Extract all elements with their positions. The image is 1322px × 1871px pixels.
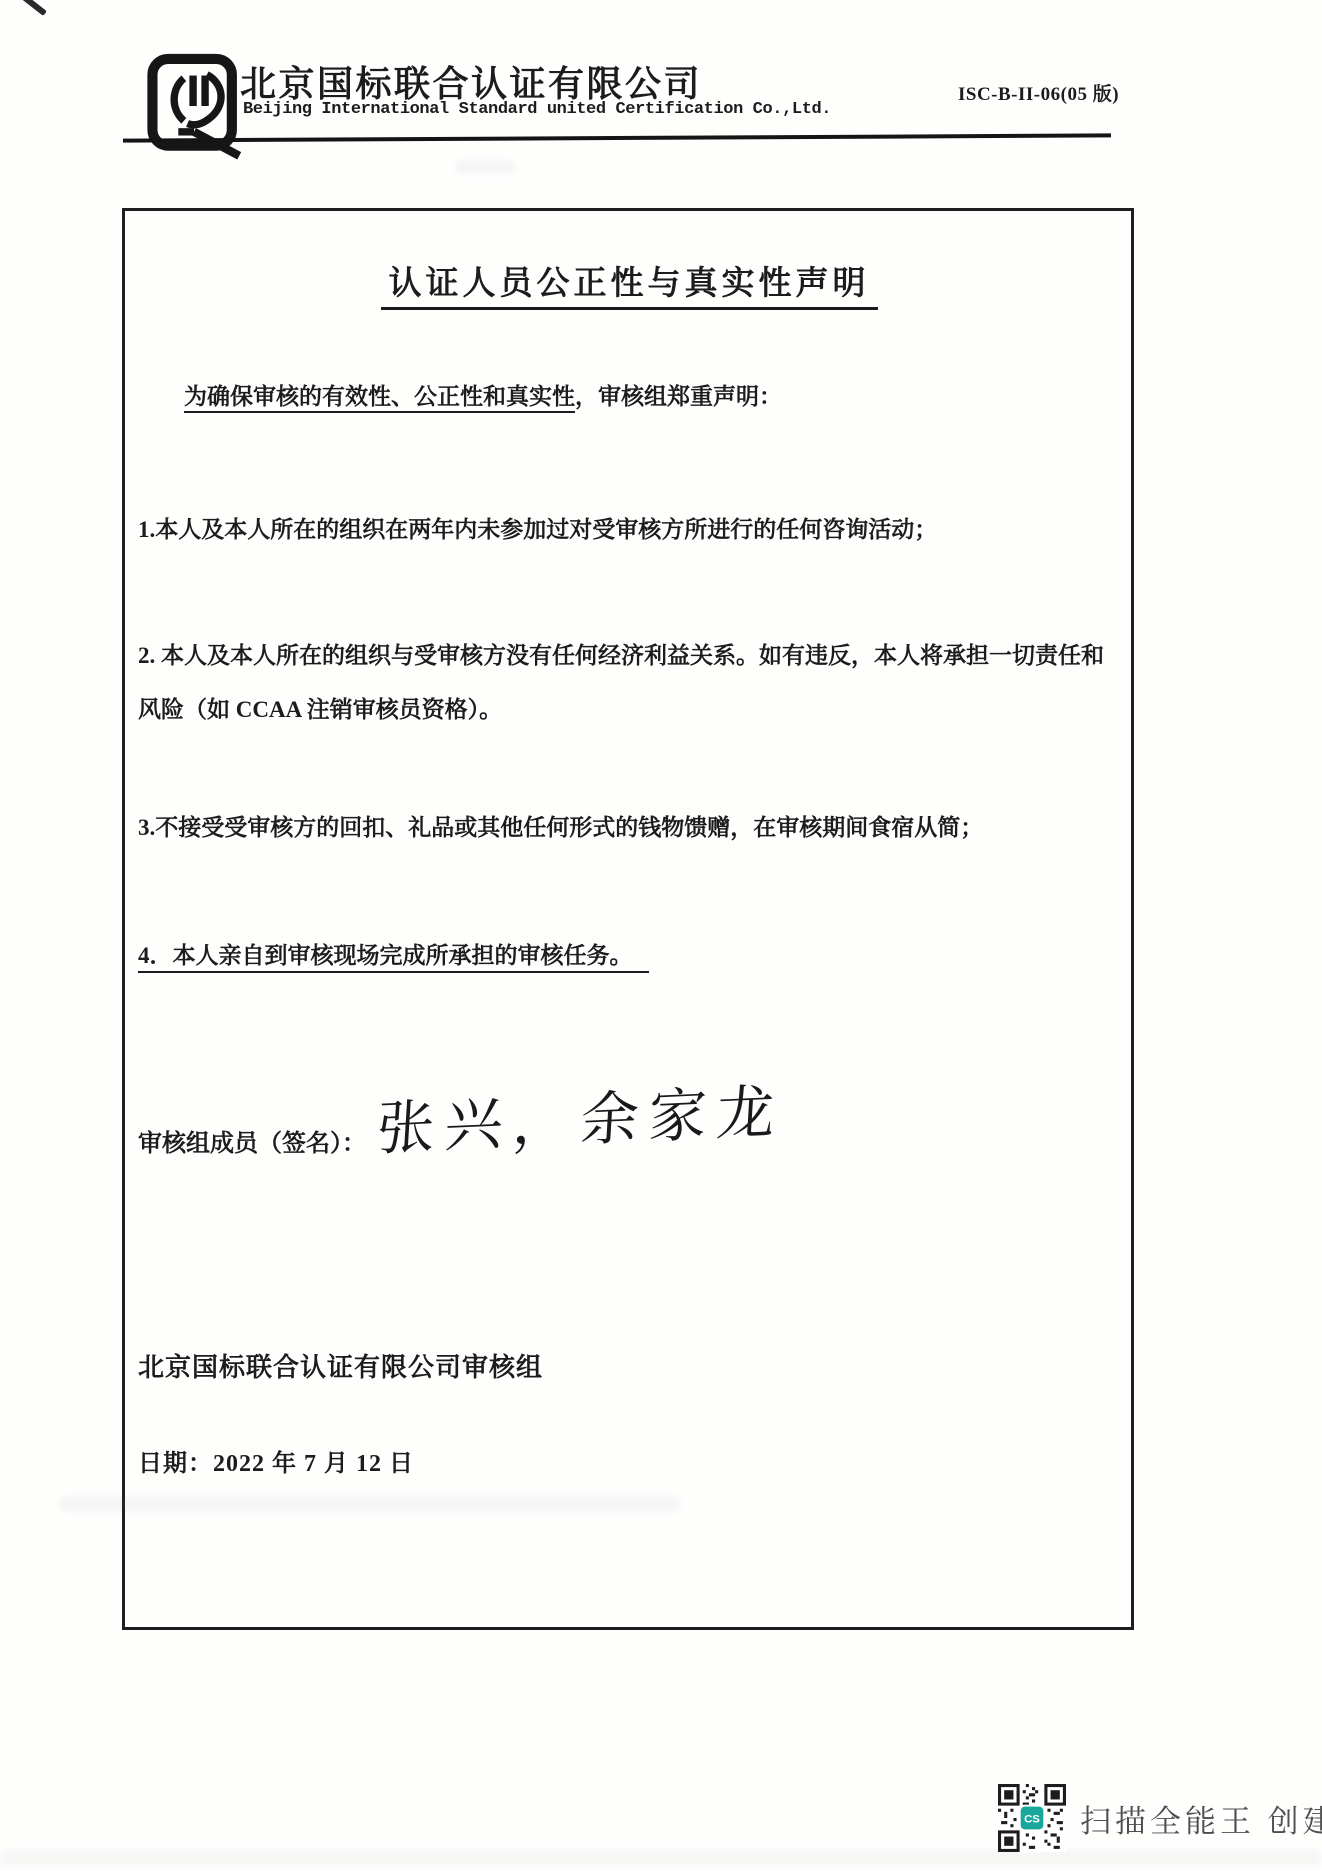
form-code: ISC-B-II-06(05 版) xyxy=(958,79,1119,106)
camscanner-badge-label: CS xyxy=(1024,1814,1040,1826)
scan-smudge xyxy=(455,160,515,174)
date-line: 日期：2022 年 7 月 12 日 xyxy=(138,1443,414,1478)
declaration-item-4: 4．本人亲自到审核现场完成所承担的审核任务。 xyxy=(138,929,1120,983)
form-title: 认证人员公正性与真实性声明 xyxy=(138,257,1120,304)
declaration-form-box: 认证人员公正性与真实性声明 为确保审核的有效性、公正性和真实性，审核组郑重声明：… xyxy=(122,208,1134,1630)
camscanner-caption: 扫描全能王 创建 xyxy=(1080,1796,1322,1841)
scan-smudge xyxy=(60,1496,680,1512)
audit-team-line: 北京国标联合认证有限公司审核组 xyxy=(138,1347,543,1384)
signature-label: 审核组成员（签名）： xyxy=(138,1123,366,1158)
form-title-text: 认证人员公正性与真实性声明 xyxy=(381,266,878,310)
intro-underlined-text: 为确保审核的有效性、公正性和真实性 xyxy=(184,384,575,413)
scan-smudge xyxy=(0,1850,1322,1866)
declaration-item-4-text: 4．本人亲自到审核现场完成所承担的审核任务。 xyxy=(138,943,649,973)
intro-statement: 为确保审核的有效性、公正性和真实性，审核组郑重声明： xyxy=(138,381,1120,413)
scanned-document-page: 北京国标联合认证有限公司 Beijing International Stand… xyxy=(0,0,1322,1871)
qr-code-icon: CS xyxy=(998,1784,1066,1852)
declaration-item-3: 3.不接受受审核方的回扣、礼品或其他任何形式的钱物馈赠，在审核期间食宿从简； xyxy=(138,801,1120,855)
handwritten-signature: 张兴，余家龙 xyxy=(375,1064,788,1166)
declaration-item-2: 2. 本人及本人所在的组织与受审核方没有任何经济利益关系。如有违反，本人将承担一… xyxy=(138,629,1120,737)
intro-rest-text: ，审核组郑重声明： xyxy=(575,384,782,409)
scan-artifact-mark xyxy=(21,0,47,16)
header-divider xyxy=(123,133,1111,142)
declaration-item-1: 1.本人及本人所在的组织在两年内未参加过对受审核方所进行的任何咨询活动； xyxy=(138,503,1120,557)
company-name-en: Beijing International Standard united Ce… xyxy=(243,100,831,119)
